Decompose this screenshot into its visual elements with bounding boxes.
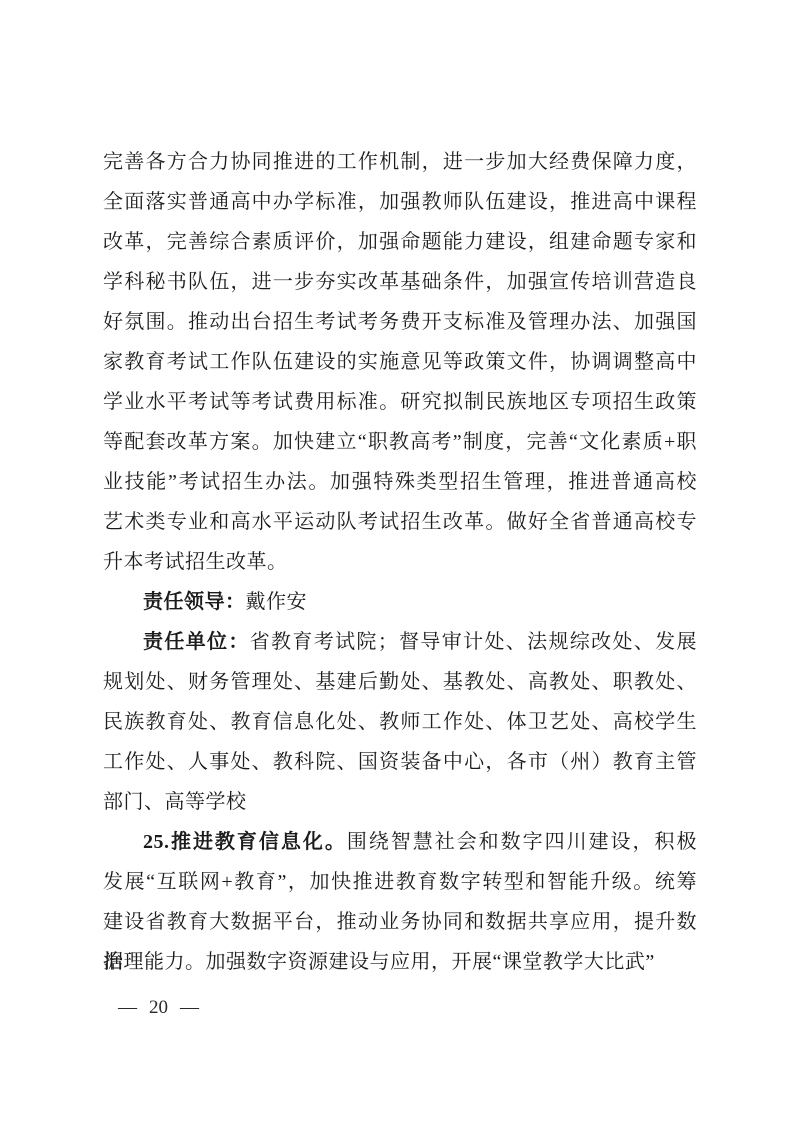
text-line: 家教育考试工作队伍建设的实施意见等政策文件，协调调整高中 bbox=[103, 342, 697, 382]
paragraph: 25.推进教育信息化。围绕智慧社会和数字四川建设，积极发展“互联网+教育”，加快… bbox=[103, 822, 697, 982]
text-line: 学科秘书队伍，进一步夯实改革基础条件，加强宣传培训营造良 bbox=[103, 262, 697, 302]
line-text: 艺术类专业和高水平运动队考试招生改革。做好全省普通高校专 bbox=[103, 511, 697, 533]
line-text: 民族教育处、教育信息化处、教师工作处、体卫艺处、高校学生 bbox=[103, 711, 697, 733]
line-text: 等配套改革方案。加快建立“职教高考”制度，完善“文化素质+职 bbox=[103, 431, 697, 453]
line-text: 学科秘书队伍，进一步夯实改革基础条件，加强宣传培训营造良 bbox=[103, 271, 697, 293]
line-text: 升本考试招生改革。 bbox=[103, 551, 288, 573]
line-text: 围绕智慧社会和数字四川建设，积极 bbox=[347, 831, 697, 853]
text-line: 民族教育处、教育信息化处、教师工作处、体卫艺处、高校学生 bbox=[103, 702, 697, 742]
text-line: 完善各方合力协同推进的工作机制，进一步加大经费保障力度， bbox=[103, 142, 697, 182]
line-text: 工作处、人事处、教科院、国资装备中心，各市（州）教育主管 bbox=[103, 751, 697, 773]
line-text: 部门、高等学校 bbox=[103, 791, 247, 813]
line-text: 规划处、财务管理处、基建后勤处、基教处、高教处、职教处、 bbox=[103, 671, 697, 693]
line-text: 治理能力。加强数字资源建设与应用，开展“课堂教学大比武” bbox=[103, 951, 655, 973]
text-line: 部门、高等学校 bbox=[103, 782, 697, 822]
line-text: 完善各方合力协同推进的工作机制，进一步加大经费保障力度， bbox=[103, 151, 697, 173]
text-line: 全面落实普通高中办学标准，加强教师队伍建设，推进高中课程 bbox=[103, 182, 697, 222]
line-text: 戴作安 bbox=[246, 591, 308, 613]
text-line: 建设省教育大数据平台，推动业务协同和数据共享应用，提升数据 bbox=[103, 902, 697, 942]
page-footer: — 20 — bbox=[118, 996, 199, 1020]
bold-label: 责任单位： bbox=[143, 631, 250, 653]
bold-label: 责任领导： bbox=[143, 591, 246, 613]
footer-dash-right: — bbox=[180, 996, 199, 1020]
text-line: 工作处、人事处、教科院、国资装备中心，各市（州）教育主管 bbox=[103, 742, 697, 782]
text-line: 责任领导：戴作安 bbox=[103, 582, 697, 622]
paragraph: 完善各方合力协同推进的工作机制，进一步加大经费保障力度，全面落实普通高中办学标准… bbox=[103, 142, 697, 582]
line-text: 好氛围。推动出台招生考试考务费开支标准及管理办法、加强国 bbox=[103, 311, 697, 333]
paragraph: 责任领导：戴作安 bbox=[103, 582, 697, 622]
text-line: 25.推进教育信息化。围绕智慧社会和数字四川建设，积极 bbox=[103, 822, 697, 862]
footer-dash-left: — bbox=[118, 996, 137, 1020]
line-text: 业技能”考试招生办法。加强特殊类型招生管理，推进普通高校 bbox=[103, 471, 697, 493]
document-page: 完善各方合力协同推进的工作机制，进一步加大经费保障力度，全面落实普通高中办学标准… bbox=[0, 0, 793, 1122]
text-line: 责任单位：省教育考试院；督导审计处、法规综改处、发展 bbox=[103, 622, 697, 662]
text-line: 升本考试招生改革。 bbox=[103, 542, 697, 582]
text-line: 治理能力。加强数字资源建设与应用，开展“课堂教学大比武” bbox=[103, 942, 697, 982]
text-line: 规划处、财务管理处、基建后勤处、基教处、高教处、职教处、 bbox=[103, 662, 697, 702]
line-text: 改革，完善综合素质评价，加强命题能力建设，组建命题专家和 bbox=[103, 231, 697, 253]
text-line: 业技能”考试招生办法。加强特殊类型招生管理，推进普通高校 bbox=[103, 462, 697, 502]
text-line: 发展“互联网+教育”，加快推进教育数字转型和智能升级。统筹 bbox=[103, 862, 697, 902]
line-text: 学业水平考试等考试费用标准。研究拟制民族地区专项招生政策 bbox=[103, 391, 697, 413]
bold-label: 25.推进教育信息化。 bbox=[143, 831, 347, 853]
footer-page-number: 20 bbox=[149, 996, 168, 1020]
line-text: 全面落实普通高中办学标准，加强教师队伍建设，推进高中课程 bbox=[103, 191, 697, 213]
text-line: 等配套改革方案。加快建立“职教高考”制度，完善“文化素质+职 bbox=[103, 422, 697, 462]
paragraph: 责任单位：省教育考试院；督导审计处、法规综改处、发展规划处、财务管理处、基建后勤… bbox=[103, 622, 697, 822]
line-text: 发展“互联网+教育”，加快推进教育数字转型和智能升级。统筹 bbox=[103, 871, 697, 893]
line-text: 省教育考试院；督导审计处、法规综改处、发展 bbox=[250, 631, 697, 653]
text-block: 完善各方合力协同推进的工作机制，进一步加大经费保障力度，全面落实普通高中办学标准… bbox=[103, 142, 697, 982]
text-line: 学业水平考试等考试费用标准。研究拟制民族地区专项招生政策 bbox=[103, 382, 697, 422]
line-text: 家教育考试工作队伍建设的实施意见等政策文件，协调调整高中 bbox=[103, 351, 697, 373]
text-line: 改革，完善综合素质评价，加强命题能力建设，组建命题专家和 bbox=[103, 222, 697, 262]
text-line: 艺术类专业和高水平运动队考试招生改革。做好全省普通高校专 bbox=[103, 502, 697, 542]
text-line: 好氛围。推动出台招生考试考务费开支标准及管理办法、加强国 bbox=[103, 302, 697, 342]
